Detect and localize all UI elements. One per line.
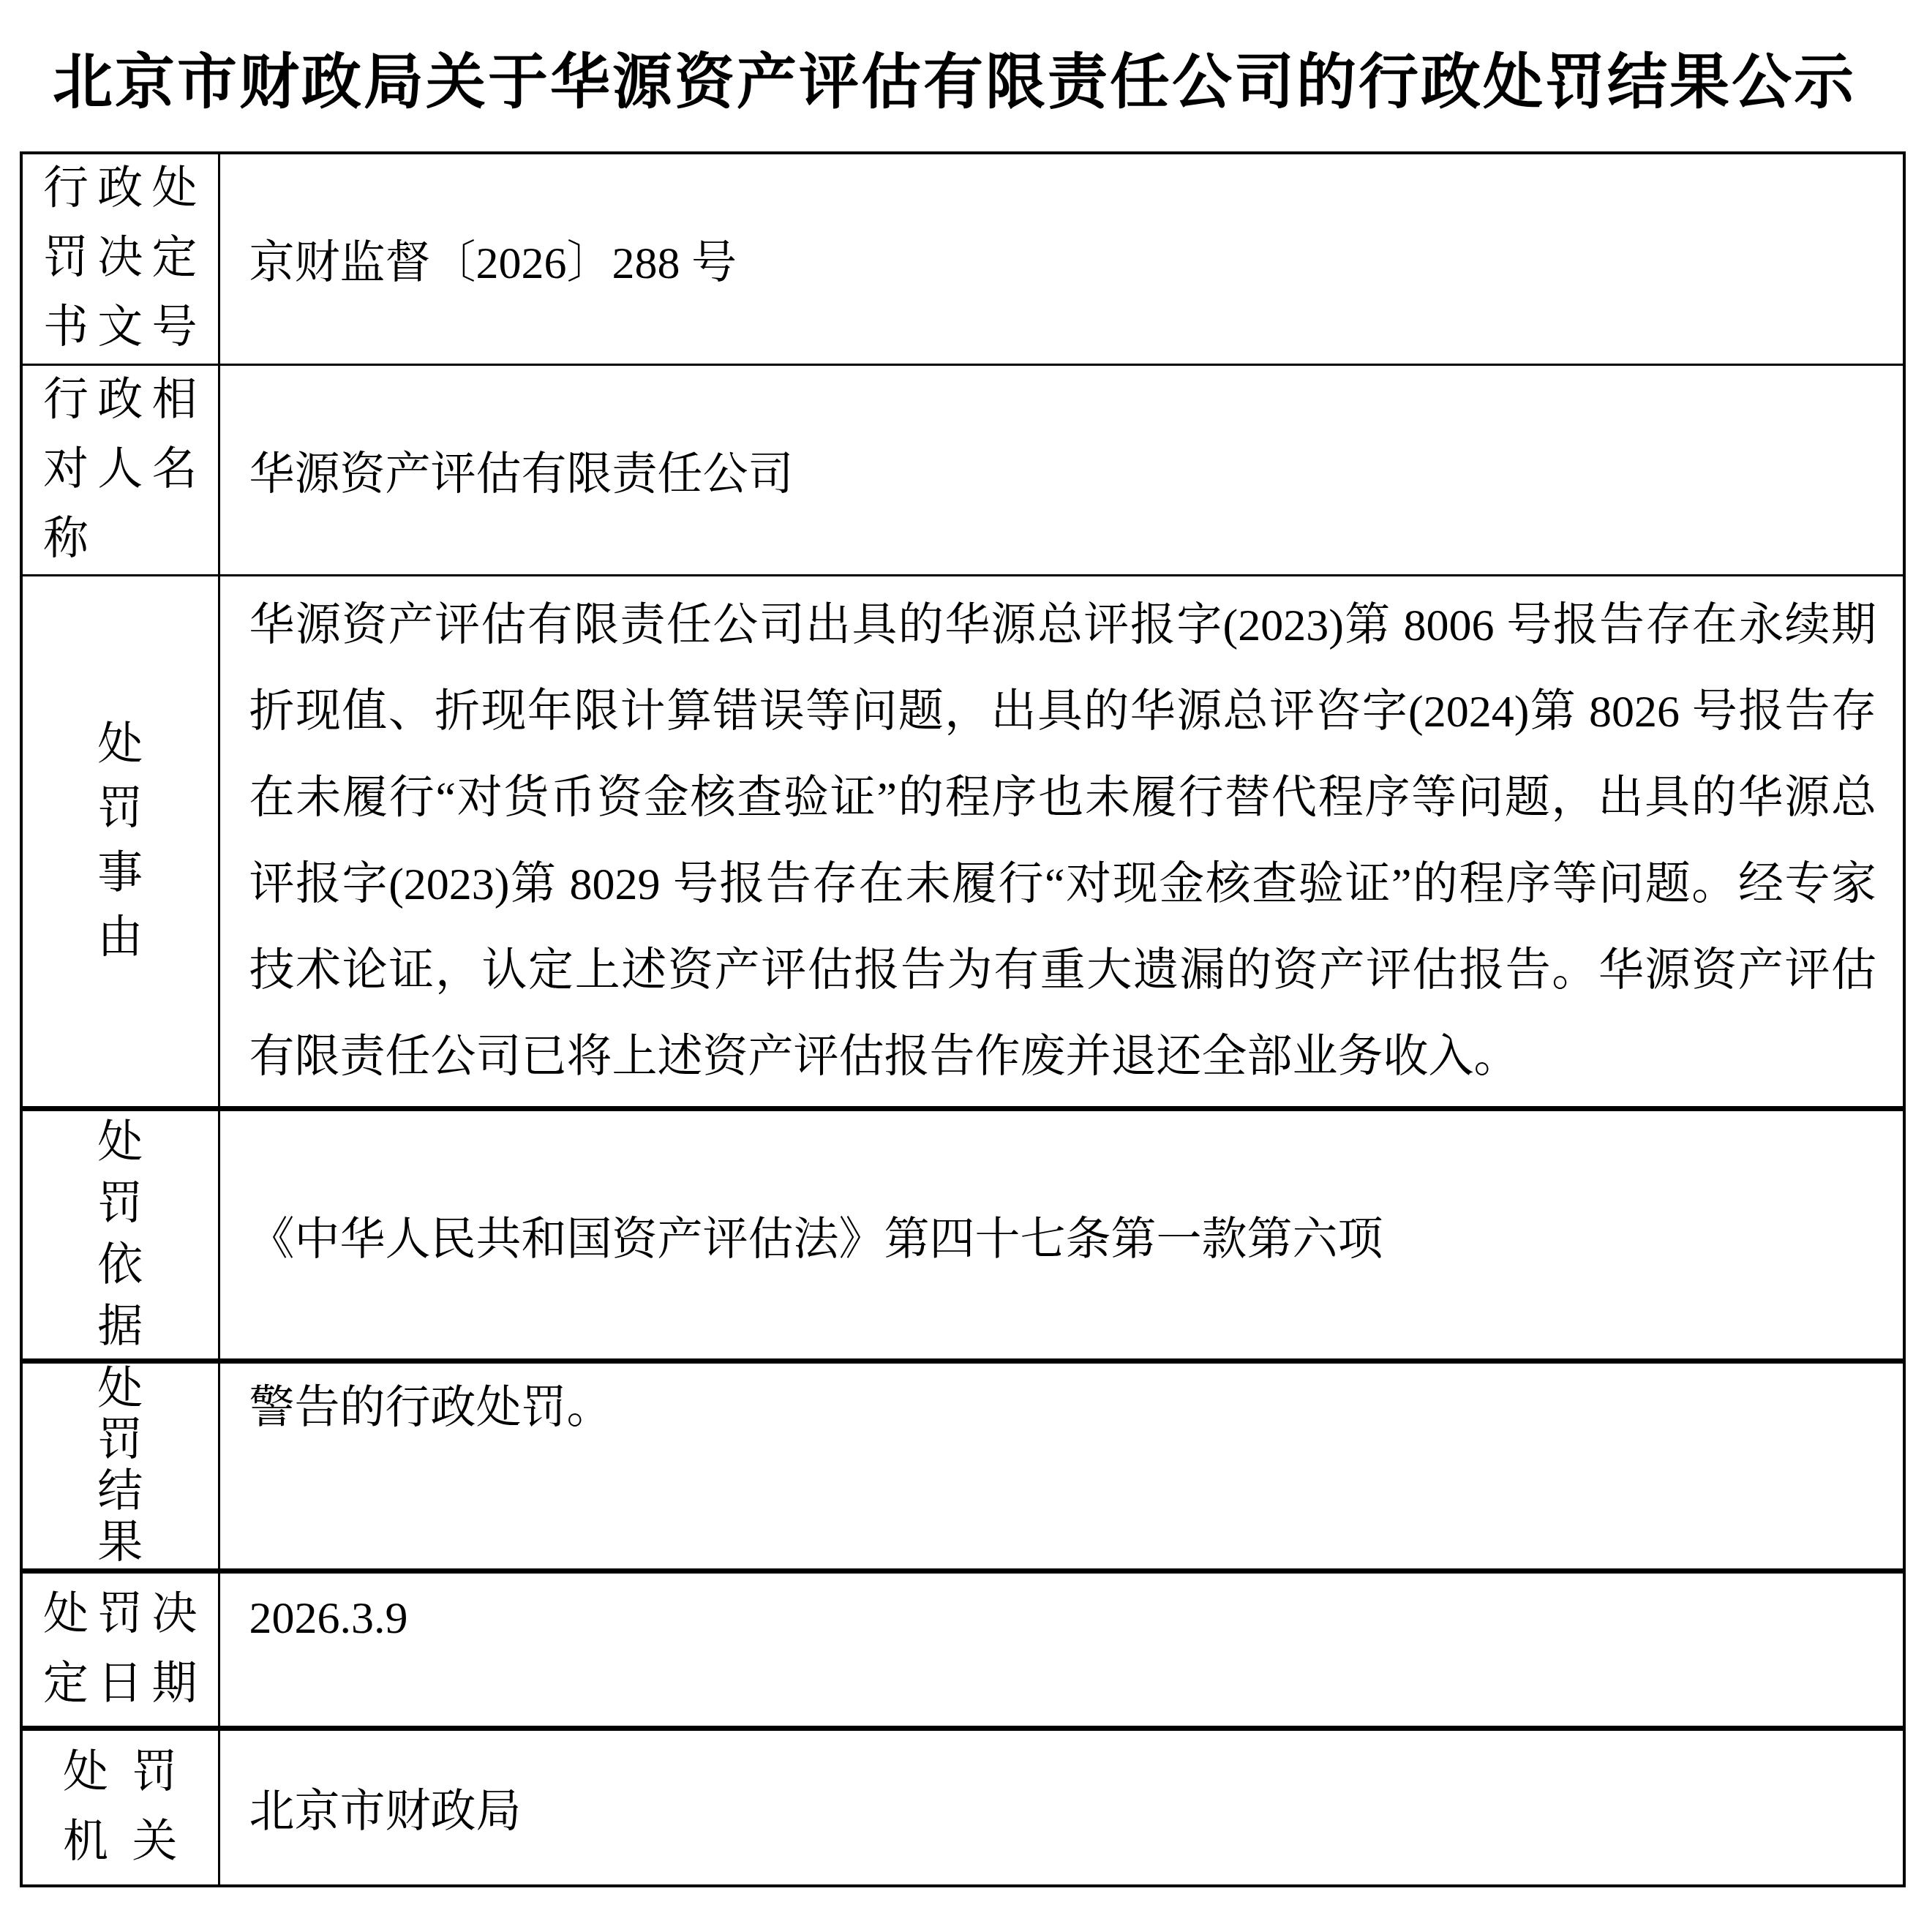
- penalty-basis-label: 处 罚 依 据: [21, 1109, 219, 1361]
- penalty-result-label: 处 罚 结 果: [21, 1361, 219, 1571]
- table-row-decision-date: 处罚决 定日期 2026.3.9: [21, 1571, 1904, 1729]
- decision-date-label: 处罚决 定日期: [21, 1571, 219, 1729]
- penalty-reason-value: 华源资产评估有限责任公司出具的华源总评报字(2023)第 8006 号报告存在永…: [219, 576, 1904, 1109]
- page-title: 北京市财政局关于华源资产评估有限责任公司的行政处罚结果公示: [0, 0, 1924, 151]
- table-row-penalty-basis: 处 罚 依 据 《中华人民共和国资产评估法》第四十七条第一款第六项: [21, 1109, 1904, 1361]
- penalty-table: 行政处 罚决定 书文号 京财监督〔2026〕288 号 行政相 对人名 称 华源…: [20, 151, 1906, 1887]
- penalty-reason-label: 处 罚 事 由: [21, 576, 219, 1109]
- table-row-penalty-result: 处 罚 结 果 警告的行政处罚。: [21, 1361, 1904, 1571]
- table-row-penalty-authority: 处罚 机关 北京市财政局: [21, 1729, 1904, 1886]
- table-row-penalty-reason: 处 罚 事 由 华源资产评估有限责任公司出具的华源总评报字(2023)第 800…: [21, 576, 1904, 1109]
- decision-number-label: 行政处 罚决定 书文号: [21, 153, 219, 365]
- table-row-party-name: 行政相 对人名 称 华源资产评估有限责任公司: [21, 365, 1904, 576]
- penalty-authority-value: 北京市财政局: [219, 1729, 1904, 1886]
- party-name-label: 行政相 对人名 称: [21, 365, 219, 576]
- penalty-authority-label: 处罚 机关: [21, 1729, 219, 1886]
- penalty-basis-value: 《中华人民共和国资产评估法》第四十七条第一款第六项: [219, 1109, 1904, 1361]
- table-row-decision-number: 行政处 罚决定 书文号 京财监督〔2026〕288 号: [21, 153, 1904, 365]
- decision-date-value: 2026.3.9: [219, 1571, 1904, 1729]
- decision-number-value: 京财监督〔2026〕288 号: [219, 153, 1904, 365]
- document-page: 北京市财政局关于华源资产评估有限责任公司的行政处罚结果公示 行政处 罚决定 书文…: [0, 0, 1924, 1932]
- penalty-result-value: 警告的行政处罚。: [219, 1361, 1904, 1571]
- party-name-value: 华源资产评估有限责任公司: [219, 365, 1904, 576]
